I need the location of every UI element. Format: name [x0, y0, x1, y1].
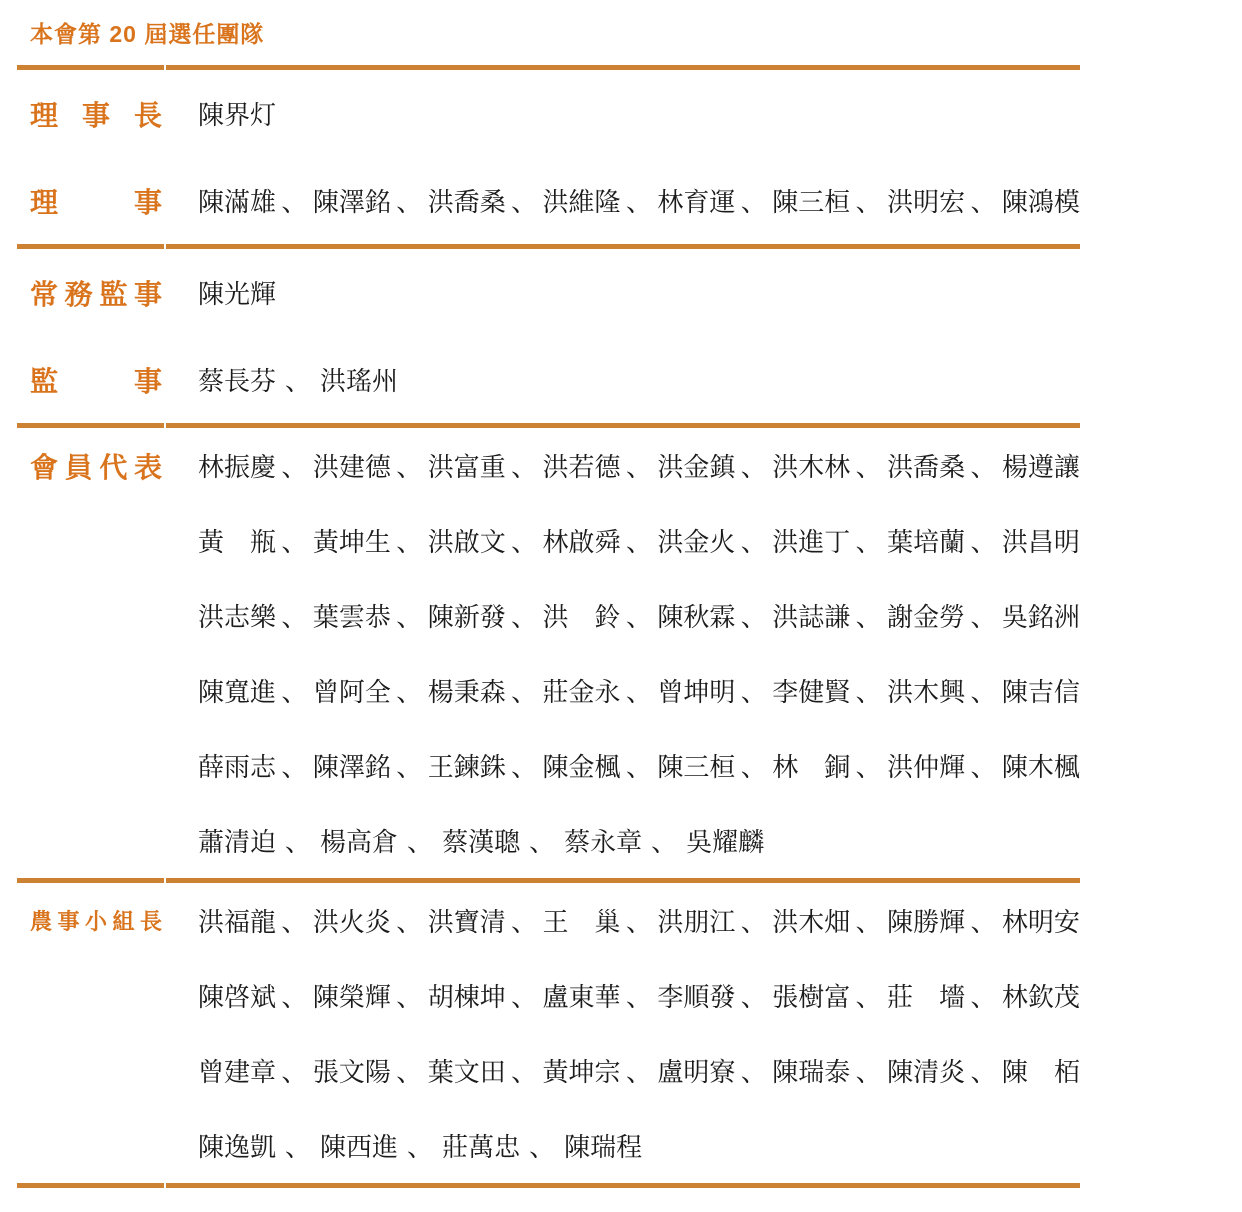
- name-separator: 、: [285, 1127, 311, 1164]
- member-name: 曾建章: [198, 1052, 276, 1089]
- name-separator: 、: [396, 182, 422, 219]
- row-names: 陳光輝: [198, 249, 1080, 336]
- name-separator: 、: [407, 1127, 433, 1164]
- member-name: 洪朋江: [657, 902, 735, 939]
- member-name: 林 銅: [772, 747, 850, 784]
- member-name: 陳新發: [428, 597, 506, 634]
- name-line: 黃 瓶、黃坤生、洪啟文、林啟舜、洪金火、洪進丁、葉培蘭、洪昌明: [198, 503, 1080, 578]
- member-name: 陳光輝: [198, 274, 276, 311]
- name-separator: 、: [529, 822, 555, 859]
- name-separator: 、: [511, 597, 537, 634]
- row-label-char: 監: [99, 273, 127, 313]
- member-name: 葉雲恭: [313, 597, 391, 634]
- name-separator: 、: [856, 447, 882, 484]
- member-name: 陳瑞泰: [772, 1052, 850, 1089]
- roster-section: 會員代表林振慶、洪建德、洪富重、洪若德、洪金鎮、洪木林、洪喬桑、楊遵讓黃 瓶、黃…: [30, 428, 1080, 878]
- name-separator: 、: [396, 597, 422, 634]
- name-separator: 、: [626, 522, 652, 559]
- name-separator: 、: [856, 522, 882, 559]
- member-name: 洪仲輝: [887, 747, 965, 784]
- name-separator: 、: [281, 597, 307, 634]
- name-separator: 、: [529, 1127, 555, 1164]
- member-name: 黃坤生: [313, 522, 391, 559]
- row-names: 陳界灯: [198, 70, 1080, 157]
- name-separator: 、: [970, 447, 996, 484]
- name-separator: 、: [741, 522, 767, 559]
- member-name: 蔡長芬: [198, 361, 276, 398]
- name-separator: 、: [626, 597, 652, 634]
- divider-right-segment: [166, 1183, 1080, 1188]
- member-name: 陳木楓: [1002, 747, 1080, 784]
- member-name: 莊金永: [543, 672, 621, 709]
- row-names: 林振慶、洪建德、洪富重、洪若德、洪金鎮、洪木林、洪喬桑、楊遵讓黃 瓶、黃坤生、洪…: [198, 428, 1080, 878]
- member-name: 陳瑞程: [564, 1127, 642, 1164]
- name-separator: 、: [741, 447, 767, 484]
- member-name: 林啟舜: [543, 522, 621, 559]
- name-separator: 、: [856, 977, 882, 1014]
- name-separator: 、: [856, 902, 882, 939]
- member-name: 陳澤銘: [313, 747, 391, 784]
- member-name: 洪金火: [657, 522, 735, 559]
- name-separator: 、: [741, 902, 767, 939]
- member-name: 洪若德: [543, 447, 621, 484]
- name-line: 陳啓斌、陳榮輝、胡棟坤、盧東華、李順發、張樹富、莊 墻、林欽茂: [198, 958, 1080, 1033]
- name-separator: 、: [281, 747, 307, 784]
- row-label-char: 事: [134, 181, 162, 221]
- name-separator: 、: [511, 977, 537, 1014]
- row-label-char: 監: [30, 360, 58, 400]
- member-name: 林振慶: [198, 447, 276, 484]
- member-name: 陳逸凱: [198, 1127, 276, 1164]
- name-line: 陳光輝: [198, 249, 1080, 336]
- name-separator: 、: [281, 182, 307, 219]
- member-name: 洪志樂: [198, 597, 276, 634]
- row-label: 理事: [30, 157, 162, 244]
- member-name: 陳榮輝: [313, 977, 391, 1014]
- row-label: 監事: [30, 336, 162, 423]
- member-name: 陳澤銘: [313, 182, 391, 219]
- name-separator: 、: [396, 747, 422, 784]
- name-separator: 、: [281, 977, 307, 1014]
- member-name: 陳寬進: [198, 672, 276, 709]
- row-label: 理事長: [30, 70, 162, 157]
- name-separator: 、: [856, 597, 882, 634]
- name-separator: 、: [970, 522, 996, 559]
- member-name: 黃坤宗: [543, 1052, 621, 1089]
- name-separator: 、: [511, 747, 537, 784]
- member-name: 莊萬忠: [442, 1127, 520, 1164]
- member-name: 洪喬桑: [428, 182, 506, 219]
- member-name: 陳滿雄: [198, 182, 276, 219]
- member-name: 洪金鎮: [657, 447, 735, 484]
- row-label-char: 代: [99, 446, 127, 486]
- member-name: 蔡漢聰: [442, 822, 520, 859]
- row-names: 洪福龍、洪火炎、洪寶清、王 巢、洪朋江、洪木畑、陳勝輝、林明安陳啓斌、陳榮輝、胡…: [198, 883, 1080, 1183]
- member-name: 蕭清迫: [198, 822, 276, 859]
- name-separator: 、: [856, 747, 882, 784]
- row-label: 常務監事: [30, 249, 162, 336]
- member-name: 林明安: [1002, 902, 1080, 939]
- page-title: 本會第 20 屆選任團隊: [30, 16, 1080, 49]
- member-name: 陳界灯: [198, 95, 276, 132]
- member-name: 陳吉信: [1002, 672, 1080, 709]
- member-name: 洪福龍: [198, 902, 276, 939]
- member-name: 洪木興: [887, 672, 965, 709]
- row-label-char: 表: [134, 446, 162, 486]
- name-line: 林振慶、洪建德、洪富重、洪若德、洪金鎮、洪木林、洪喬桑、楊遵讓: [198, 428, 1080, 503]
- name-line: 蕭清迫、楊高倉、蔡漢聰、蔡永章、吳耀麟: [198, 803, 1080, 878]
- member-name: 王 巢: [543, 902, 621, 939]
- name-separator: 、: [970, 902, 996, 939]
- row-label-char: 常: [30, 273, 58, 313]
- member-name: 林育運: [657, 182, 735, 219]
- row-label-char: 事: [134, 360, 162, 400]
- member-name: 謝金勞: [887, 597, 965, 634]
- row-label-char: 理: [30, 181, 58, 221]
- name-line: 洪志樂、葉雲恭、陳新發、洪 鈴、陳秋霖、洪誌謙、謝金勞、吳銘洲: [198, 578, 1080, 653]
- name-separator: 、: [281, 902, 307, 939]
- row-label-char: 會: [30, 446, 58, 486]
- name-line: 陳逸凱、陳西進、莊萬忠、陳瑞程: [198, 1108, 1080, 1183]
- member-name: 洪維隆: [543, 182, 621, 219]
- name-separator: 、: [626, 672, 652, 709]
- member-name: 陳啓斌: [198, 977, 276, 1014]
- name-separator: 、: [281, 672, 307, 709]
- member-name: 洪昌明: [1002, 522, 1080, 559]
- row-names: 陳滿雄、陳澤銘、洪喬桑、洪維隆、林育運、陳三桓、洪明宏、陳鴻模: [198, 157, 1080, 244]
- name-separator: 、: [281, 522, 307, 559]
- member-name: 楊秉森: [428, 672, 506, 709]
- row-label: 農事小組長: [30, 883, 162, 958]
- name-separator: 、: [970, 597, 996, 634]
- member-name: 洪 鈴: [543, 597, 621, 634]
- roster-row: 監事蔡長芬、洪瑤州: [30, 336, 1080, 423]
- name-separator: 、: [396, 902, 422, 939]
- section-divider: [17, 1183, 1080, 1188]
- name-line: 蔡長芬、洪瑤州: [198, 336, 1080, 423]
- member-name: 曾阿全: [313, 672, 391, 709]
- row-label-char: 員: [65, 446, 93, 486]
- name-separator: 、: [511, 447, 537, 484]
- member-name: 盧東華: [543, 977, 621, 1014]
- name-separator: 、: [741, 597, 767, 634]
- member-name: 曾坤明: [657, 672, 735, 709]
- name-line: 陳界灯: [198, 70, 1080, 157]
- name-line: 洪福龍、洪火炎、洪寶清、王 巢、洪朋江、洪木畑、陳勝輝、林明安: [198, 883, 1080, 958]
- member-name: 洪富重: [428, 447, 506, 484]
- member-name: 吳銘洲: [1002, 597, 1080, 634]
- name-separator: 、: [281, 447, 307, 484]
- row-label-char: 理: [30, 94, 58, 134]
- member-name: 陳三桓: [772, 182, 850, 219]
- name-separator: 、: [396, 672, 422, 709]
- row-label-char: 務: [65, 273, 93, 313]
- member-name: 洪瑤州: [320, 361, 398, 398]
- name-separator: 、: [970, 747, 996, 784]
- member-name: 洪明宏: [887, 182, 965, 219]
- member-name: 陳清炎: [887, 1052, 965, 1089]
- name-separator: 、: [741, 182, 767, 219]
- roster-row: 理事長陳界灯: [30, 70, 1080, 157]
- name-separator: 、: [651, 822, 677, 859]
- row-label-char: 小: [85, 905, 107, 936]
- row-label-char: 事: [134, 273, 162, 313]
- name-separator: 、: [511, 182, 537, 219]
- name-separator: 、: [741, 1052, 767, 1089]
- row-label-char: 農: [30, 905, 52, 936]
- name-separator: 、: [511, 672, 537, 709]
- member-name: 李順發: [657, 977, 735, 1014]
- page: 本會第 20 屆選任團隊 理事長陳界灯理事陳滿雄、陳澤銘、洪喬桑、洪維隆、林育運…: [0, 0, 1242, 1212]
- roster-row: 常務監事陳光輝: [30, 249, 1080, 336]
- name-separator: 、: [396, 447, 422, 484]
- name-separator: 、: [396, 522, 422, 559]
- member-name: 楊高倉: [320, 822, 398, 859]
- name-separator: 、: [511, 1052, 537, 1089]
- name-separator: 、: [511, 902, 537, 939]
- roster: 理事長陳界灯理事陳滿雄、陳澤銘、洪喬桑、洪維隆、林育運、陳三桓、洪明宏、陳鴻模常…: [30, 65, 1080, 1188]
- row-label: 會員代表: [30, 428, 162, 503]
- member-name: 洪建德: [313, 447, 391, 484]
- row-label-char: 事: [57, 905, 79, 936]
- member-name: 陳鴻模: [1002, 182, 1080, 219]
- name-separator: 、: [856, 1052, 882, 1089]
- member-name: 張樹富: [772, 977, 850, 1014]
- name-separator: 、: [626, 902, 652, 939]
- member-name: 陳金楓: [543, 747, 621, 784]
- name-separator: 、: [626, 977, 652, 1014]
- roster-section: 常務監事陳光輝監事蔡長芬、洪瑤州: [30, 249, 1080, 423]
- member-name: 洪火炎: [313, 902, 391, 939]
- name-separator: 、: [626, 447, 652, 484]
- member-name: 陳三桓: [657, 747, 735, 784]
- member-name: 王鍊銖: [428, 747, 506, 784]
- name-separator: 、: [281, 1052, 307, 1089]
- member-name: 洪誌謙: [772, 597, 850, 634]
- row-label-char: 事: [82, 94, 110, 134]
- roster-row: 理事陳滿雄、陳澤銘、洪喬桑、洪維隆、林育運、陳三桓、洪明宏、陳鴻模: [30, 157, 1080, 244]
- member-name: 楊遵讓: [1002, 447, 1080, 484]
- member-name: 洪喬桑: [887, 447, 965, 484]
- name-separator: 、: [511, 522, 537, 559]
- name-separator: 、: [741, 747, 767, 784]
- name-separator: 、: [741, 977, 767, 1014]
- name-separator: 、: [970, 672, 996, 709]
- name-separator: 、: [856, 672, 882, 709]
- roster-row: 會員代表林振慶、洪建德、洪富重、洪若德、洪金鎮、洪木林、洪喬桑、楊遵讓黃 瓶、黃…: [30, 428, 1080, 878]
- member-name: 張文陽: [313, 1052, 391, 1089]
- member-name: 李健賢: [772, 672, 850, 709]
- member-name: 盧明寮: [657, 1052, 735, 1089]
- name-separator: 、: [396, 977, 422, 1014]
- name-separator: 、: [741, 672, 767, 709]
- name-separator: 、: [626, 182, 652, 219]
- name-line: 薛雨志、陳澤銘、王鍊銖、陳金楓、陳三桓、林 銅、洪仲輝、陳木楓: [198, 728, 1080, 803]
- member-name: 吳耀麟: [686, 822, 764, 859]
- member-name: 林欽茂: [1002, 977, 1080, 1014]
- member-name: 葉培蘭: [887, 522, 965, 559]
- name-separator: 、: [396, 1052, 422, 1089]
- name-separator: 、: [285, 361, 311, 398]
- name-separator: 、: [407, 822, 433, 859]
- member-name: 陳 栢: [1002, 1052, 1080, 1089]
- member-name: 洪寶清: [428, 902, 506, 939]
- member-name: 洪進丁: [772, 522, 850, 559]
- row-label-char: 長: [140, 905, 162, 936]
- member-name: 陳勝輝: [887, 902, 965, 939]
- member-name: 陳秋霖: [657, 597, 735, 634]
- row-label-char: 組: [112, 905, 134, 936]
- divider-left-segment: [17, 1183, 164, 1188]
- name-separator: 、: [285, 822, 311, 859]
- name-separator: 、: [856, 182, 882, 219]
- name-line: 曾建章、張文陽、葉文田、黃坤宗、盧明寮、陳瑞泰、陳清炎、陳 栢: [198, 1033, 1080, 1108]
- name-separator: 、: [970, 977, 996, 1014]
- member-name: 黃 瓶: [198, 522, 276, 559]
- member-name: 薛雨志: [198, 747, 276, 784]
- roster-section: 農事小組長洪福龍、洪火炎、洪寶清、王 巢、洪朋江、洪木畑、陳勝輝、林明安陳啓斌、…: [30, 883, 1080, 1183]
- row-names: 蔡長芬、洪瑤州: [198, 336, 1080, 423]
- roster-section: 理事長陳界灯理事陳滿雄、陳澤銘、洪喬桑、洪維隆、林育運、陳三桓、洪明宏、陳鴻模: [30, 70, 1080, 244]
- name-separator: 、: [970, 182, 996, 219]
- member-name: 莊 墻: [887, 977, 965, 1014]
- row-label-char: 長: [134, 94, 162, 134]
- name-separator: 、: [626, 1052, 652, 1089]
- member-name: 洪木林: [772, 447, 850, 484]
- member-name: 洪啟文: [428, 522, 506, 559]
- member-name: 蔡永章: [564, 822, 642, 859]
- member-name: 洪木畑: [772, 902, 850, 939]
- member-name: 葉文田: [428, 1052, 506, 1089]
- name-separator: 、: [626, 747, 652, 784]
- name-line: 陳滿雄、陳澤銘、洪喬桑、洪維隆、林育運、陳三桓、洪明宏、陳鴻模: [198, 157, 1080, 244]
- member-name: 胡棟坤: [428, 977, 506, 1014]
- member-name: 陳西進: [320, 1127, 398, 1164]
- roster-row: 農事小組長洪福龍、洪火炎、洪寶清、王 巢、洪朋江、洪木畑、陳勝輝、林明安陳啓斌、…: [30, 883, 1080, 1183]
- name-separator: 、: [970, 1052, 996, 1089]
- name-line: 陳寬進、曾阿全、楊秉森、莊金永、曾坤明、李健賢、洪木興、陳吉信: [198, 653, 1080, 728]
